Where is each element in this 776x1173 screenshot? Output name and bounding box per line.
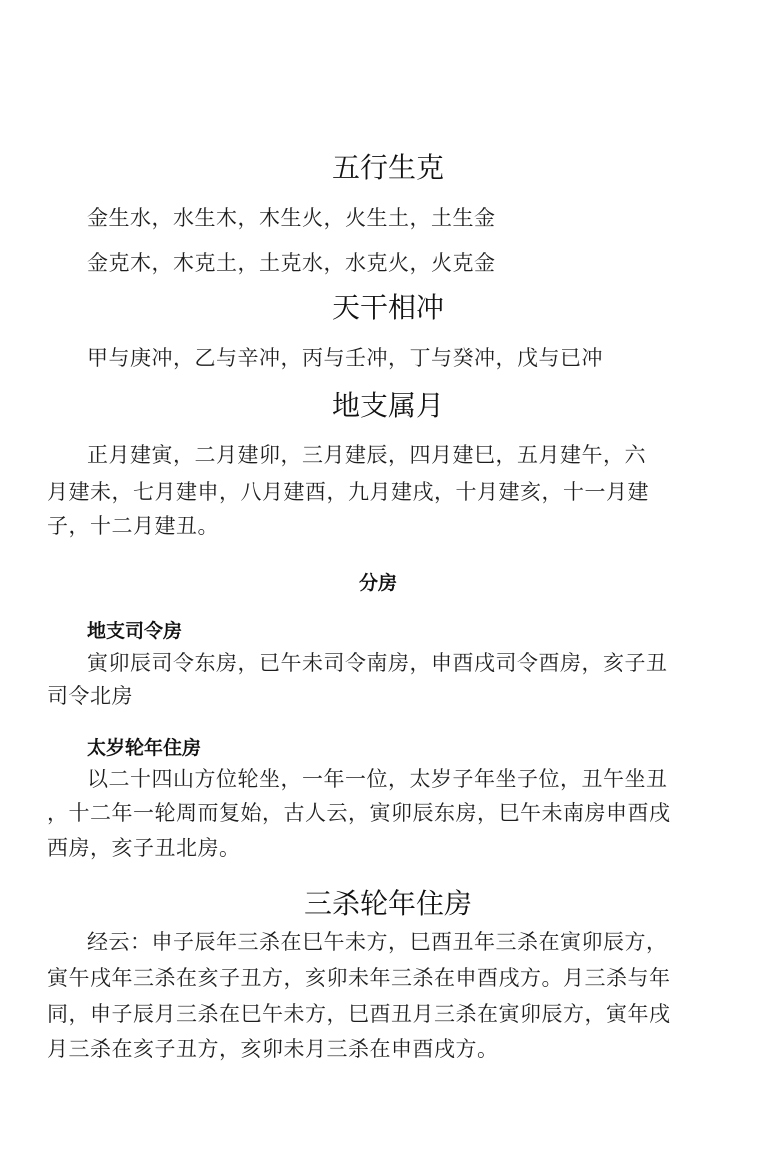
text-line: 司令北房 <box>47 680 133 710</box>
section-title-wuxing: 五行生克 <box>0 146 776 186</box>
text-line: 以二十四山方位轮坐，一年一位，太岁子年坐子位，丑午坐丑 <box>87 763 668 793</box>
section-title-tiangan: 天干相冲 <box>0 286 776 326</box>
text-line: 月建未，七月建申，八月建酉，九月建戌，十月建亥，十一月建 <box>47 476 649 506</box>
text-line: 月三杀在亥子丑方，亥卯未月三杀在申酉戌方。 <box>47 1033 499 1063</box>
section-title-fenfang: 分房 <box>0 568 756 595</box>
text-line: 正月建寅，二月建卯，三月建辰，四月建巳，五月建午，六 <box>87 439 646 469</box>
text-line: 西房，亥子丑北房。 <box>47 832 241 862</box>
subsection-heading-dizhi-siling: 地支司令房 <box>87 616 182 643</box>
text-line: 经云：申子辰年三杀在巳午未方，巳酉丑年三杀在寅卯辰方， <box>87 926 668 956</box>
subsection-heading-taisui: 太岁轮年住房 <box>87 733 201 760</box>
section-title-sansha: 三杀轮年住房 <box>0 882 776 922</box>
text-line: 寅卯辰司令东房，已午未司令南房，申酉戌司令酉房，亥子丑 <box>87 647 668 677</box>
text-line: 金克木，木克土，土克水，水克火，火克金 <box>87 247 496 277</box>
section-title-dizhi-month: 地支属月 <box>0 384 776 424</box>
text-line: ，十二年一轮周而复始，古人云，寅卯辰东房，巳午未南房申酉戌 <box>47 797 671 827</box>
text-line: 金生水，水生木，木生火，火生土，土生金 <box>87 202 496 232</box>
text-line: 同，申子辰月三杀在巳午未方，巳酉丑月三杀在寅卯辰方，寅年戌 <box>47 998 671 1028</box>
text-line: 子，十二月建丑。 <box>47 510 219 540</box>
text-line: 甲与庚冲，乙与辛冲，丙与壬冲，丁与癸冲，戊与已冲 <box>87 342 603 372</box>
text-line: 寅午戌年三杀在亥子丑方，亥卯未年三杀在申酉戌方。月三杀与年 <box>47 962 671 992</box>
